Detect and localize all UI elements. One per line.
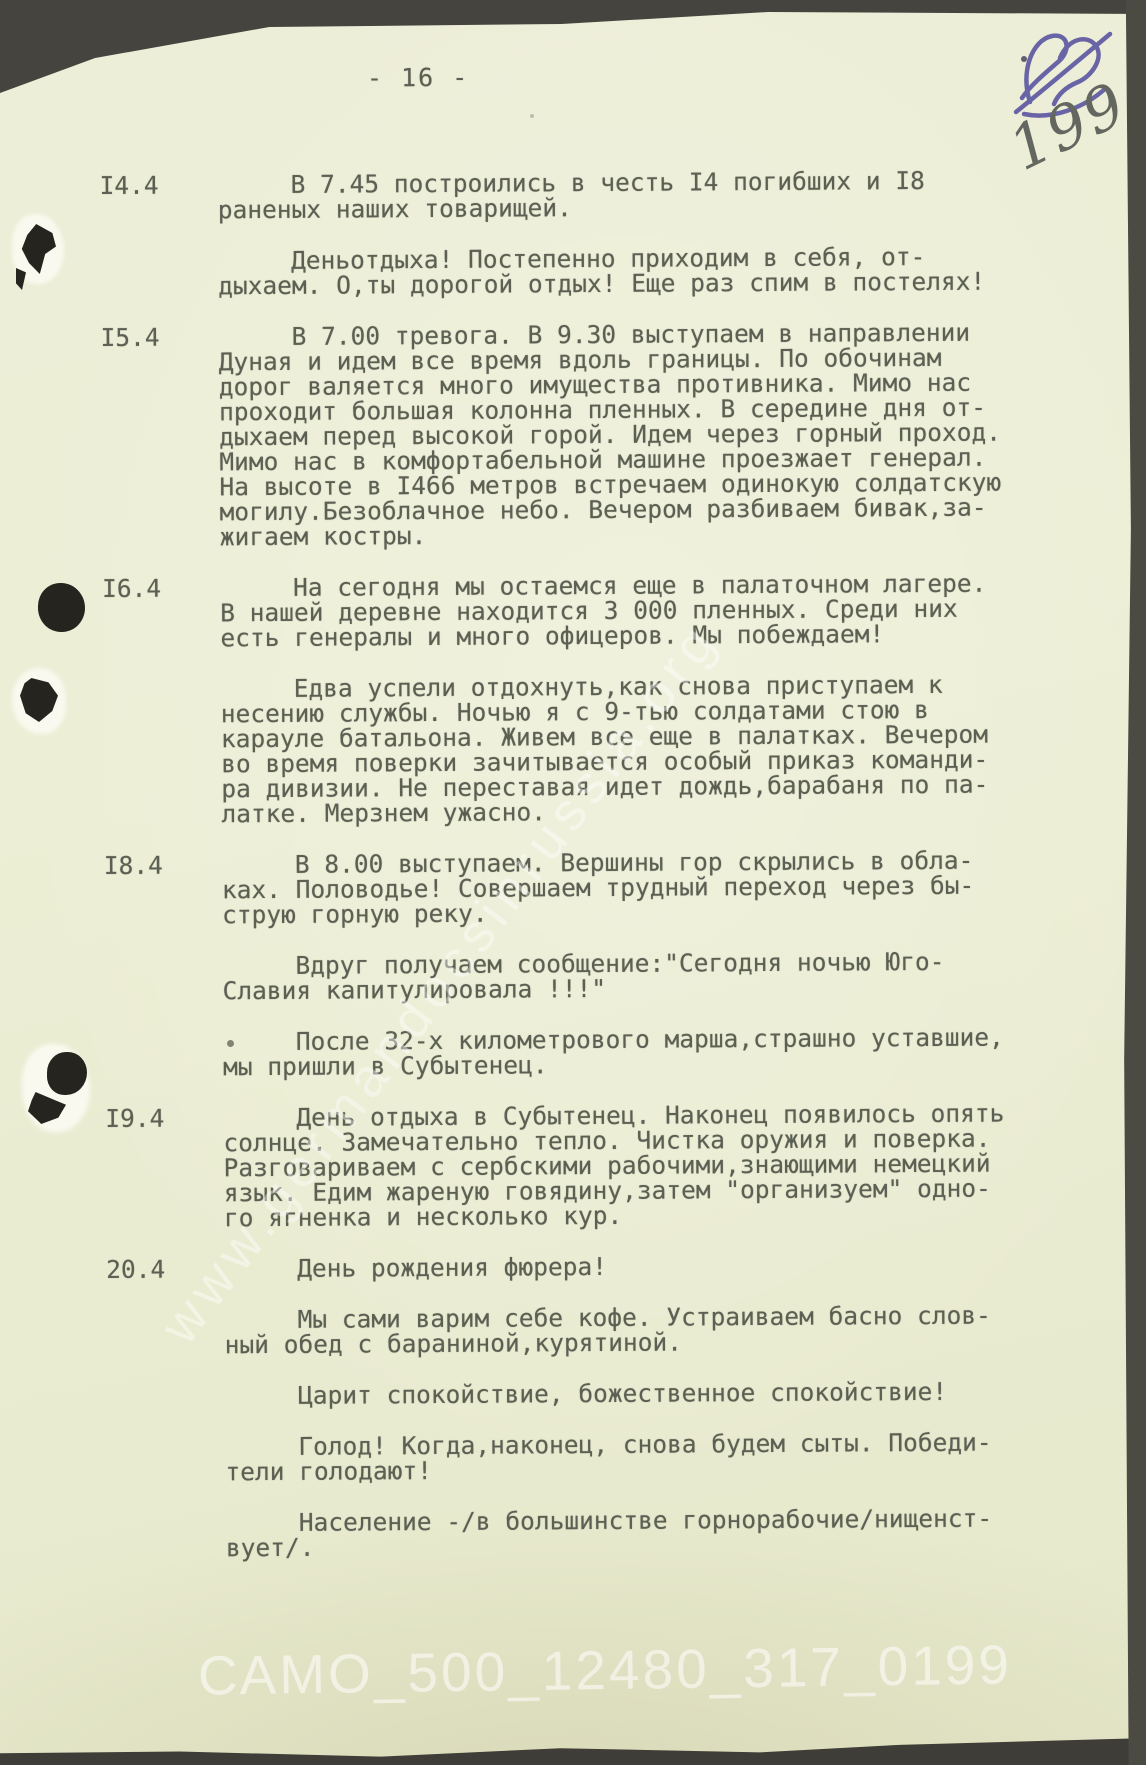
entry-body: В 7.00 тревога. В 9.30 выступаем в напра… xyxy=(218,319,1144,576)
diary-entry: I4.4В 7.45 построились в честь I4 погибш… xyxy=(0,167,1142,326)
text-line: Царит спокойствие, божественное спокойст… xyxy=(225,1378,1146,1409)
diary-entry: I6.4На сегодня мы остаемся еще в палаточ… xyxy=(0,570,1146,854)
diary-entry: I5.4В 7.00 тревога. В 9.30 выступаем в н… xyxy=(0,319,1144,577)
text-line: дыхаем. О,ты дорогой отдых! Еще раз спим… xyxy=(218,268,1142,299)
entry-paragraph: На сегодня мы остаемся еще в палаточном … xyxy=(220,570,1144,651)
entry-paragraph: Царит спокойствие, божественное спокойст… xyxy=(225,1378,1146,1409)
entry-body: В 8.00 выступаем. Вершины гор скрылись в… xyxy=(222,847,1146,1106)
entry-paragraph: Голод! Когда,наконец, снова будем сыты. … xyxy=(225,1429,1146,1485)
entry-body: День рождения фюрера!Мы сами варим себе … xyxy=(224,1251,1146,1587)
entry-paragraph: Мы сами варим себе кофе. Устраиваем басн… xyxy=(224,1302,1146,1358)
entry-paragraph: Вдруг получаем сообщение:"Сегодня ночью … xyxy=(222,948,1146,1004)
entry-paragraph: День рождения фюрера! xyxy=(224,1251,1146,1282)
entry-paragraph: Едва успели отдохнуть,как снова приступа… xyxy=(221,671,1146,827)
entry-date: I9.4 xyxy=(1,1105,224,1257)
text-line: есть генералы и много офицеров. Мы побеж… xyxy=(220,620,1144,651)
entry-paragraph: После 32-х километрового марша,страшно у… xyxy=(223,1024,1146,1080)
entry-paragraph: В 8.00 выступаем. Вершины гор скрылись в… xyxy=(222,847,1146,928)
typed-text-layer: - 16 - I4.4В 7.45 построились в честь I4… xyxy=(0,0,1146,1765)
entry-body: На сегодня мы остаемся еще в палаточном … xyxy=(220,570,1146,853)
pen-ink-dot xyxy=(1021,56,1027,62)
diary-entry: 20.4День рождения фюрера!Мы сами варим с… xyxy=(2,1251,1146,1588)
diary-entry: I8.4В 8.00 выступаем. Вершины гор скрыли… xyxy=(0,847,1146,1107)
punch-hole xyxy=(38,583,85,632)
entry-body: В 7.45 построились в честь I4 погибших и… xyxy=(218,167,1143,325)
entry-date: 20.4 xyxy=(2,1256,226,1587)
entry-paragraph: В 7.00 тревога. В 9.30 выступаем в напра… xyxy=(218,319,1143,550)
entry-paragraph: День отдыха в Субытенец. Наконец появило… xyxy=(223,1100,1146,1231)
entry-paragraph: Деньотдыха! Постепенно приходим в себя, … xyxy=(218,243,1142,299)
diary-entries: I4.4В 7.45 построились в честь I4 погибш… xyxy=(0,167,1146,1588)
entry-paragraph: В 7.45 построились в честь I4 погибших и… xyxy=(218,167,1142,223)
ink-speck xyxy=(530,114,534,118)
text-line: День рождения фюрера! xyxy=(224,1251,1146,1282)
diary-entry: I9.4День отдыха в Субытенец. Наконец поя… xyxy=(1,1100,1146,1258)
entry-paragraph: Население -/в большинстве горнорабочие/н… xyxy=(226,1505,1146,1561)
ink-speck xyxy=(227,1040,234,1047)
scanned-document-page: - 16 - I4.4В 7.45 построились в честь I4… xyxy=(0,0,1146,1765)
page-number: - 16 - xyxy=(367,63,469,93)
entry-date: I5.4 xyxy=(0,324,220,576)
entry-body: День отдыха в Субытенец. Наконец появило… xyxy=(223,1100,1146,1257)
